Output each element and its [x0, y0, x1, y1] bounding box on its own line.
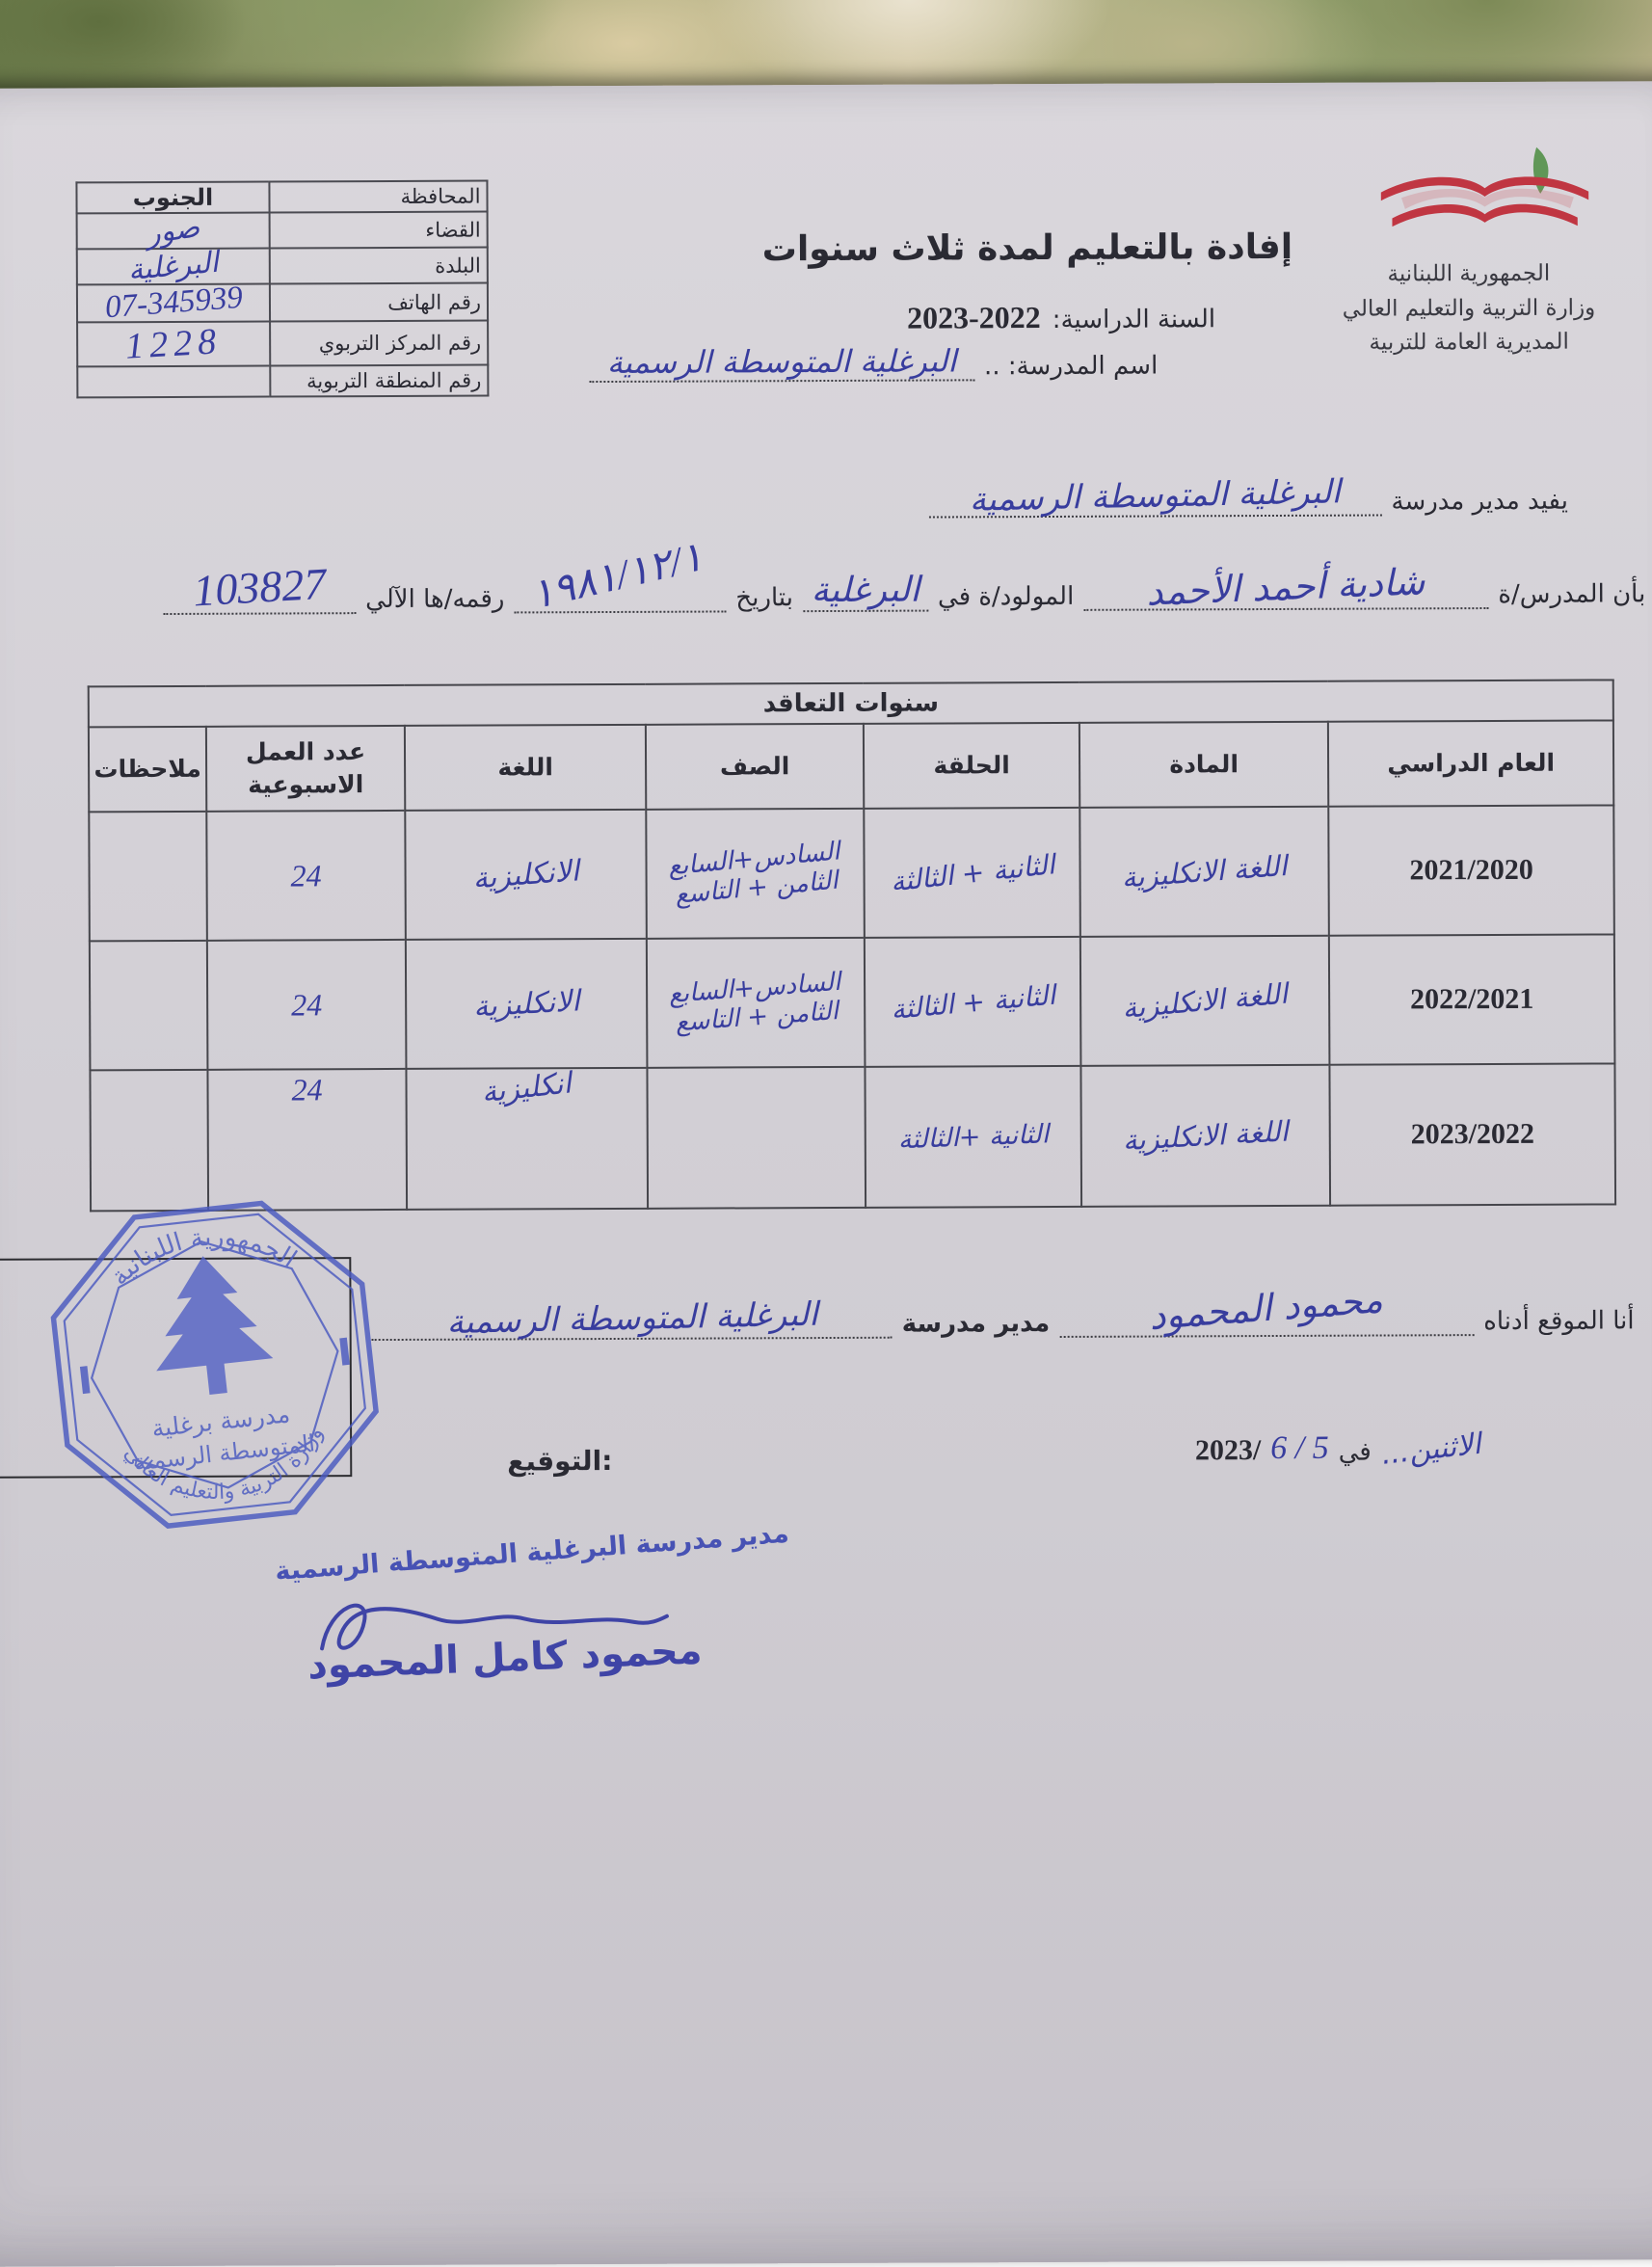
col-header-subject: المادة: [1079, 722, 1328, 808]
info-label: رقم المنطقة التربوية: [270, 365, 488, 397]
certify-prefix: يفيد مدير مدرسة: [1391, 487, 1568, 517]
handwritten-director-school: البرغلية المتوسطة الرسمية: [446, 1295, 818, 1342]
handwritten-day: الاثنين...: [1379, 1427, 1482, 1472]
col-header-grade: الصف: [646, 724, 864, 810]
col-header-cycle: الحلقة: [864, 723, 1079, 809]
col-header-weekly-hours: عدد العمل الاسبوعية: [206, 726, 405, 812]
handwritten-town: البرغلية: [126, 246, 220, 287]
handwritten-birthdate: ١٩٨١/١٢/١: [527, 532, 708, 619]
table-row: رقم الهاتف 07-345939: [77, 283, 488, 323]
school-stamp: الجمهورية اللبنانية وزارة التربية والتعل…: [18, 1168, 412, 1561]
handwritten-birthplace: البرغلية: [812, 571, 920, 610]
table-row-2021-2022: 2022/2021 اللغة الانكليزية الثانية + الث…: [90, 934, 1615, 1070]
school-name-line: اسم المدرسة: .. البرغلية المتوسطة الرسمي…: [541, 342, 1158, 384]
undersigned-line: أنا الموقع أدناه محمود المحمود مدير مدرس…: [372, 1291, 1635, 1341]
year-cell: 2021/2020: [1409, 854, 1532, 887]
cedar-tree-icon: [145, 1250, 277, 1400]
teacher-line: بأن المدرس/ة شادية أحمد الأحمد المولود/ة…: [163, 555, 1645, 615]
col-header-year: العام الدراسي: [1328, 720, 1613, 806]
info-label: رقم الهاتف: [270, 283, 488, 322]
school-name-fill: البرغلية المتوسطة الرسمية: [589, 342, 974, 383]
handwritten-hours: 24: [292, 1072, 323, 1107]
handwritten-school-name-2: البرغلية المتوسطة الرسمية: [970, 472, 1342, 519]
ministry-line-directorate: المديرية العامة للتربية: [1319, 326, 1618, 361]
handwritten-hours: 24: [291, 987, 322, 1023]
teacher-name-fill: شادية أحمد الأحمد: [1083, 565, 1488, 611]
region-info-table: المحافظة الجنوب القضاء صور البلدة البرغل…: [75, 180, 489, 399]
stamp-octagon-icon: الجمهورية اللبنانية وزارة التربية والتعل…: [18, 1168, 412, 1561]
ministry-logo: [1364, 141, 1605, 248]
info-label: القضاء: [270, 212, 488, 249]
table-header-row: العام الدراسي المادة الحلقة الصف اللغة ع…: [89, 720, 1613, 812]
date-year: /2023: [1195, 1434, 1261, 1467]
table-row: رقم المنطقة التربوية: [77, 365, 488, 398]
handwritten-cycle: الثانية + الثالثة: [890, 978, 1056, 1026]
table-row: القضاء صور: [77, 212, 488, 250]
handwritten-undersigned-name: محمود المحمود: [1148, 1278, 1384, 1338]
school-year-line: السنة الدراسية: 2023-2022: [859, 299, 1215, 336]
info-value-district: صور: [77, 213, 270, 250]
info-value-phone: 07-345939: [77, 284, 270, 323]
handwritten-center-number: 1228: [124, 320, 223, 368]
teacher-label: بأن المدرس/ة: [1498, 579, 1645, 609]
notes-cell: [89, 812, 207, 942]
date-in-label: في: [1339, 1438, 1372, 1467]
info-label: البلدة: [270, 248, 488, 284]
signature-label: التوقيع:: [507, 1445, 612, 1477]
table-row: رقم المركز التربوي 1228: [77, 321, 488, 367]
handwritten-language: انكليزية: [480, 1066, 573, 1109]
handwritten-language: الانكليزية: [471, 854, 580, 895]
undersigned-label: أنا الموقع أدناه: [1483, 1306, 1635, 1336]
certify-line: يفيد مدير مدرسة البرغلية المتوسطة الرسمي…: [928, 475, 1568, 519]
info-value-zone-number: [77, 366, 270, 398]
auto-number-label: رقمه/ها الآلي: [365, 584, 504, 614]
handwritten-subject: اللغة الانكليزية: [1121, 977, 1289, 1026]
year-cell: 2022/2021: [1410, 983, 1533, 1016]
info-label: رقم المركز التربوي: [270, 321, 488, 366]
birthplace-fill: البرغلية: [803, 571, 928, 613]
school-name-label: اسم المدرسة: ..: [984, 352, 1158, 382]
school-year-value: 2023-2022: [907, 300, 1041, 336]
document-title: إفادة بالتعليم لمدة ثلاث سنوات: [762, 227, 1244, 269]
handwritten-phone: 07-345939: [103, 280, 243, 326]
handwritten-auto-number: 103827: [192, 558, 328, 617]
handwritten-cycle: الثانية +الثالثة: [897, 1119, 1050, 1155]
undersigned-name-fill: محمود المحمود: [1059, 1292, 1474, 1338]
handwritten-grades: السادس+السابع الثامن + التاسع: [649, 836, 862, 913]
director-school-fill: البرغلية المتوسطة الرسمية: [372, 1298, 893, 1341]
table-row: البلدة البرغلية: [77, 248, 488, 285]
handwritten-cycle: الثانية + الثالثة: [889, 848, 1056, 897]
info-value-center-number: 1228: [77, 322, 270, 367]
handwritten-day-month: 5 / 6: [1270, 1430, 1329, 1467]
auto-number-fill: 103827: [163, 561, 356, 615]
info-label: المحافظة: [269, 181, 487, 213]
ministry-line-ministry: وزارة التربية والتعليم العالي: [1319, 291, 1618, 327]
info-value-governorate: الجنوب: [76, 182, 269, 214]
handwritten-grades: السادس+السابع الثامن + التاسع: [650, 966, 862, 1039]
handwritten-subject: اللغة الانكليزية: [1121, 849, 1289, 894]
school-year-label: السنة الدراسية:: [1052, 305, 1215, 334]
handwritten-district: صور: [145, 210, 202, 252]
certify-school-fill: البرغلية المتوسطة الرسمية: [928, 476, 1381, 519]
birthplace-label: المولود/ة في: [938, 582, 1074, 612]
col-header-notes: ملاحظات: [89, 727, 206, 813]
birthdate-label: بتاريخ: [735, 583, 793, 612]
contract-years-table: سنوات التعاقد العام الدراسي المادة الحلق…: [88, 679, 1616, 1212]
birthdate-fill: ١٩٨١/١٢/١: [514, 562, 726, 613]
date-line: الاثنين... في 5 / 6 /2023: [1095, 1429, 1480, 1468]
year-cell: 2023/2022: [1411, 1118, 1534, 1151]
director-label: مدير مدرسة: [902, 1309, 1051, 1339]
handwritten-hours: 24: [291, 858, 322, 893]
ministry-line-republic: الجمهورية اللبنانية: [1319, 256, 1618, 292]
contract-table-title: سنوات التعاقد: [89, 680, 1613, 727]
handwritten-language: الانكليزية: [472, 984, 580, 1024]
col-header-language: اللغة: [405, 725, 646, 811]
handwritten-teacher-name: شادية أحمد الأحمد: [1146, 560, 1426, 613]
open-book-cedar-icon: [1364, 141, 1605, 248]
handwritten-subject: اللغة الانكليزية: [1122, 1114, 1290, 1157]
table-title-row: سنوات التعاقد: [89, 680, 1613, 727]
table-row: المحافظة الجنوب: [76, 181, 487, 214]
handwritten-school-name: البرغلية المتوسطة الرسمية: [607, 342, 957, 381]
grades-cell-empty: [648, 1067, 866, 1209]
table-row-2020-2021: 2021/2020 اللغة الانكليزية الثانية + الث…: [89, 805, 1614, 941]
notes-cell: [90, 941, 208, 1071]
scanned-document-sheet: المحافظة الجنوب القضاء صور البلدة البرغل…: [0, 81, 1652, 2202]
ministry-header-text: الجمهورية اللبنانية وزارة التربية والتعل…: [1319, 256, 1618, 360]
